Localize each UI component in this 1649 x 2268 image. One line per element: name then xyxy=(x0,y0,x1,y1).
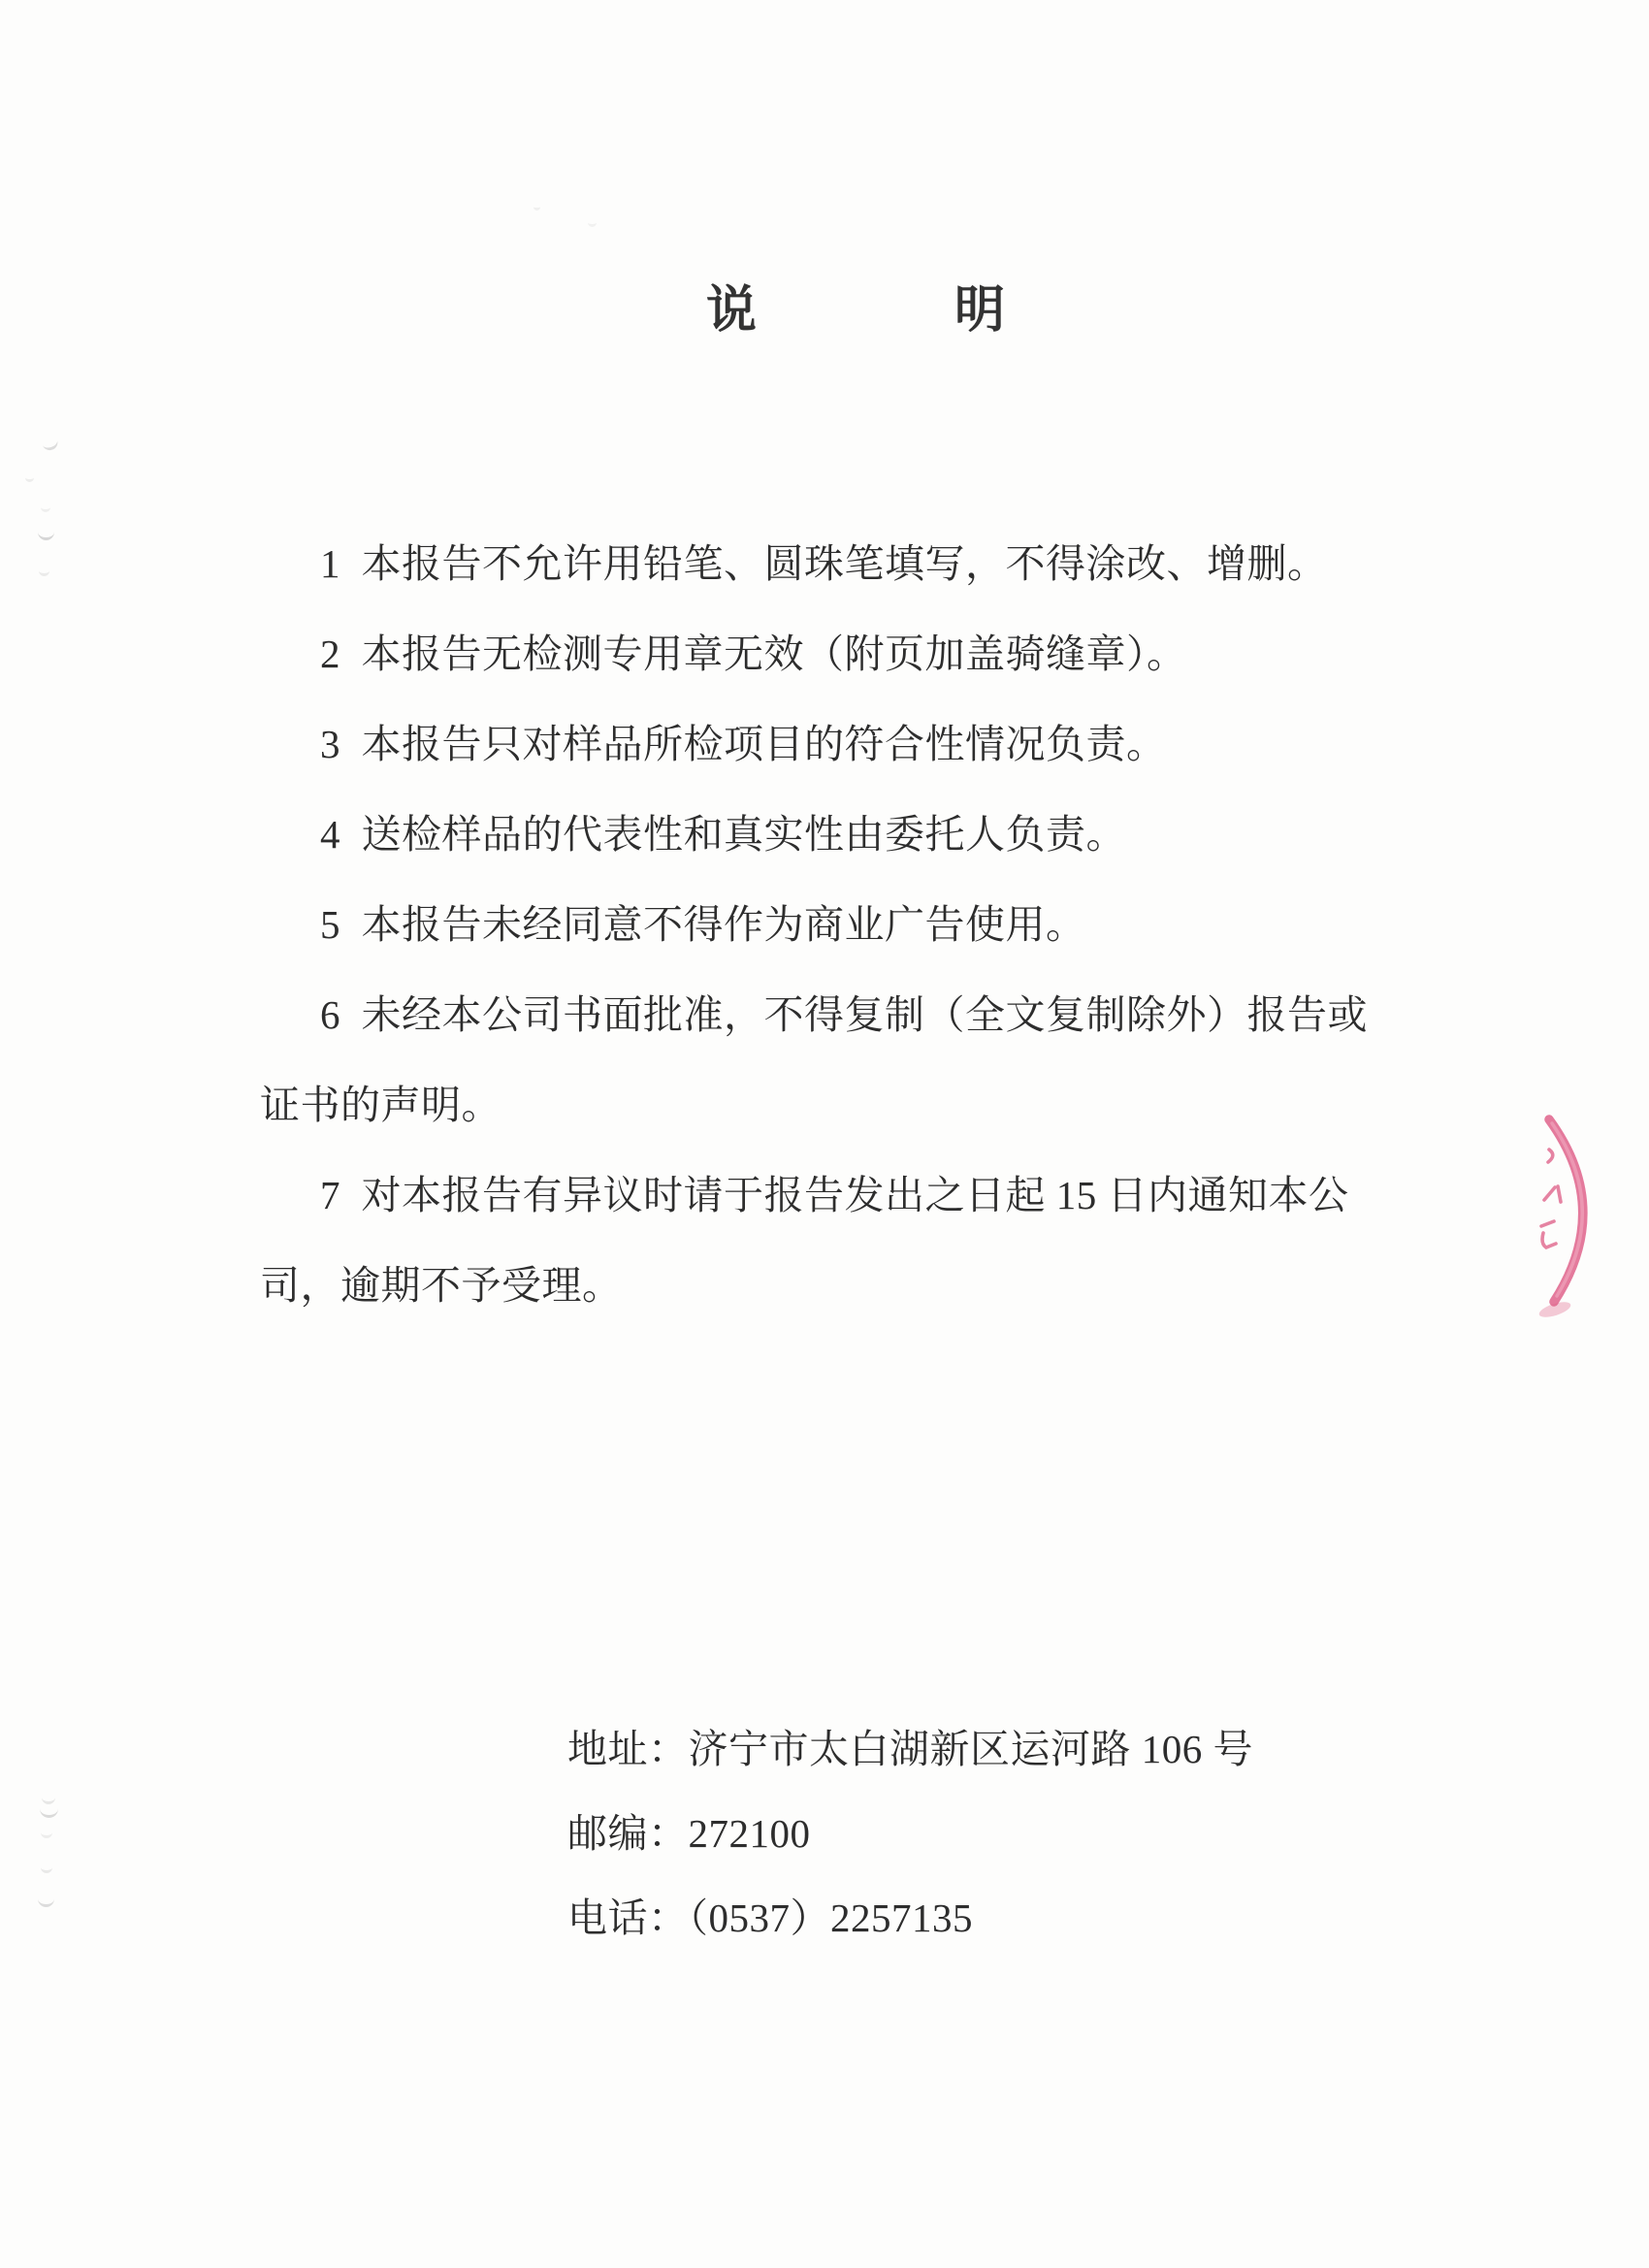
scan-artifact xyxy=(41,504,50,512)
note-line-2: 2 本报告无检测专用章无效（附页加盖骑缝章）。 xyxy=(260,630,1405,720)
document-page: 说明 1 本报告不允许用铅笔、圆珠笔填写，不得涂改、增删。 2 本报告无检测专用… xyxy=(0,0,1649,2268)
note-line-1: 1 本报告不允许用铅笔、圆珠笔填写，不得涂改、增删。 xyxy=(260,539,1405,630)
address-line: 地址：济宁市太白湖新区运河路 106 号 xyxy=(567,1725,1253,1809)
scan-artifact xyxy=(42,1795,55,1804)
scan-artifact xyxy=(588,219,597,227)
note-line-4: 4 送检样品的代表性和真实性由委托人负责。 xyxy=(260,810,1405,900)
scan-artifact xyxy=(39,567,49,576)
note-line-7-cont: 司，逾期不予受理。 xyxy=(260,1261,1405,1351)
scan-artifact xyxy=(25,475,34,482)
note-line-6-cont: 证书的声明。 xyxy=(260,1081,1405,1171)
seal-character-fragments xyxy=(1541,1150,1561,1247)
phone-line: 电话：（0537）2257135 xyxy=(567,1894,1253,1978)
scan-artifact xyxy=(38,527,54,540)
scan-artifact xyxy=(38,1894,54,1907)
scan-artifact xyxy=(42,437,60,452)
contact-section: 地址：济宁市太白湖新区运河路 106 号 邮编：272100 电话：（0537）… xyxy=(567,1725,1253,1978)
postcode-line: 邮编：272100 xyxy=(567,1809,1253,1894)
red-seal-partial-stamp-icon xyxy=(1531,1104,1649,1327)
scan-artifact xyxy=(41,1864,52,1873)
note-line-5: 5 本报告未经同意不得作为商业广告使用。 xyxy=(260,900,1405,990)
note-line-6: 6 未经本公司书面批准，不得复制（全文复制除外）报告或 xyxy=(260,990,1405,1081)
note-line-3: 3 本报告只对样品所检项目的符合性情况负责。 xyxy=(260,720,1405,810)
note-line-7: 7 对本报告有异议时请于报告发出之日起 15 日内通知本公 xyxy=(260,1171,1405,1261)
page-title: 说明 xyxy=(706,283,1203,340)
scan-artifact xyxy=(533,204,540,211)
scan-artifact xyxy=(40,1806,58,1818)
scan-artifact xyxy=(41,1830,52,1838)
notes-section: 1 本报告不允许用铅笔、圆珠笔填写，不得涂改、增删。 2 本报告无检测专用章无效… xyxy=(260,539,1405,1351)
